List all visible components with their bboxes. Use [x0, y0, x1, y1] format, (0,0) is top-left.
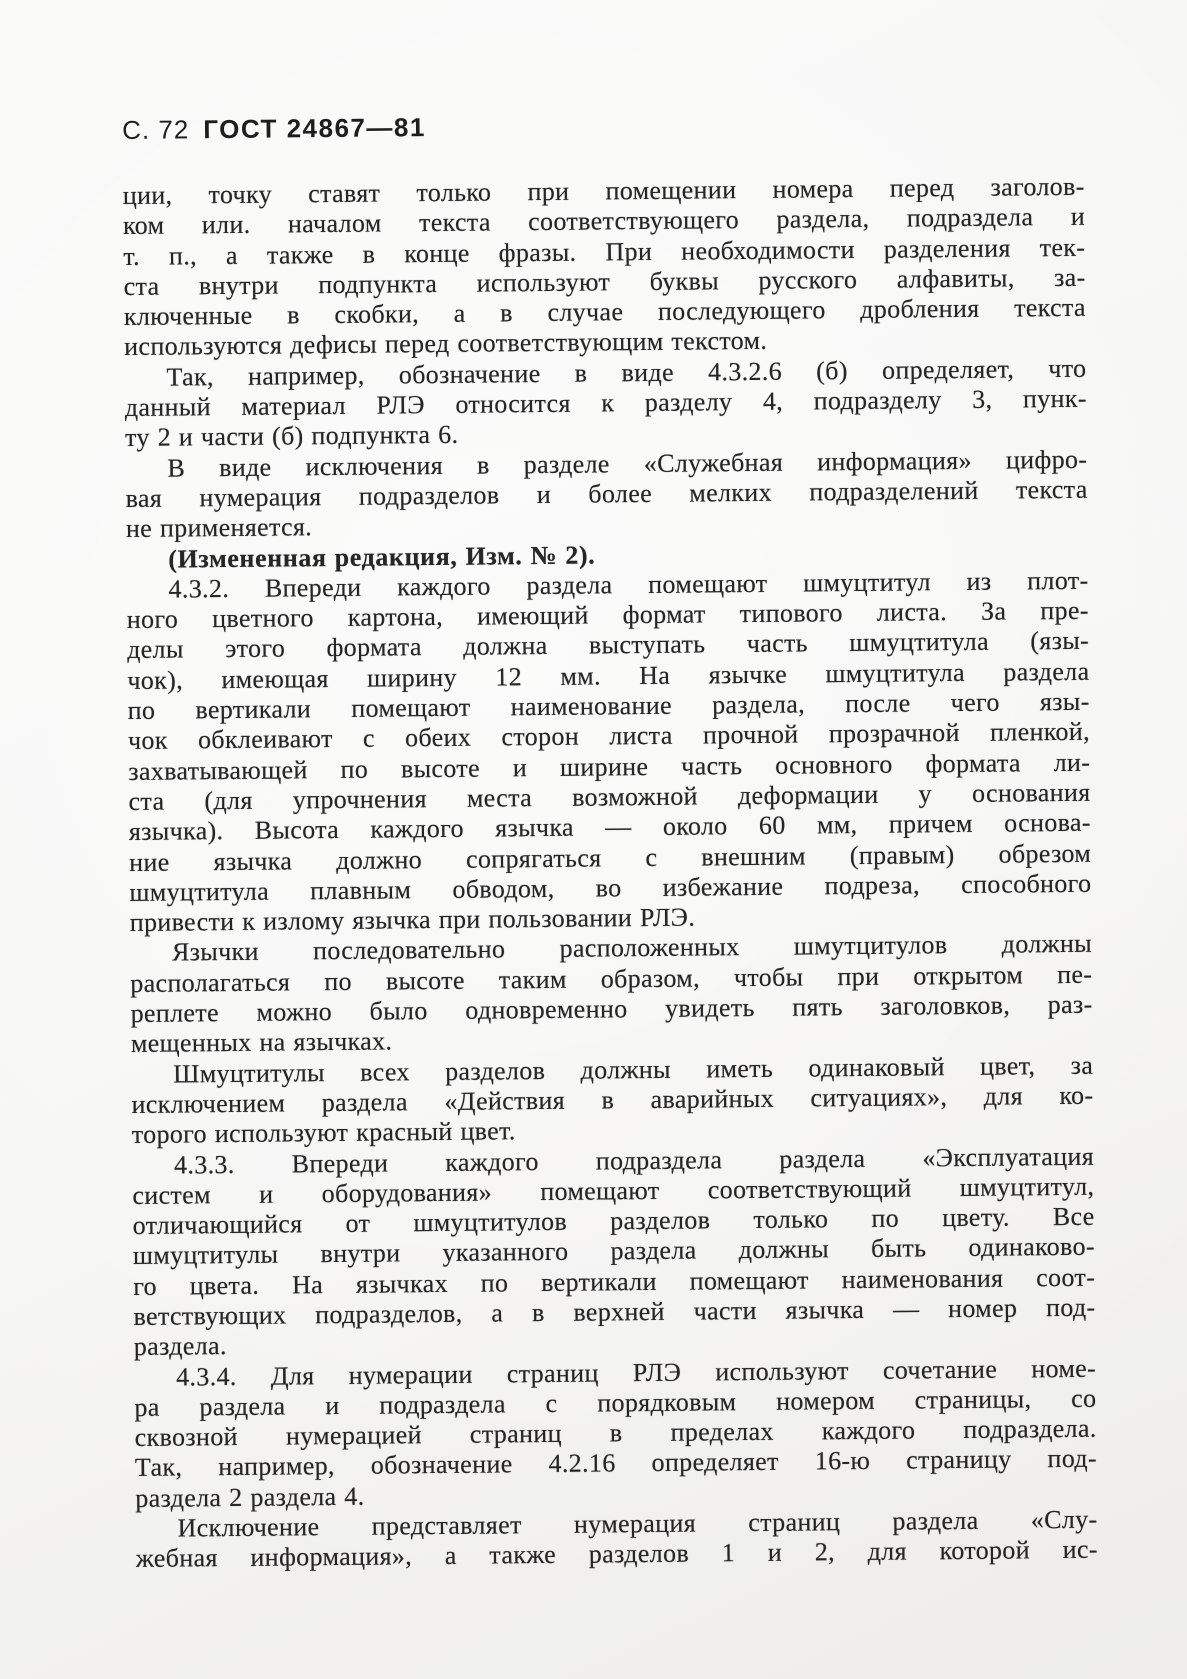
page-header: С. 72ГОСТ 24867—81	[122, 107, 1084, 144]
document-page: С. 72ГОСТ 24867—81 ции, точку ставят тол…	[0, 0, 1187, 1679]
page-number: С. 72	[122, 114, 189, 145]
document-body: ции, точку ставят только при помещении н…	[123, 172, 1098, 1575]
scanned-page-content: С. 72ГОСТ 24867—81 ции, точку ставят тол…	[122, 107, 1098, 1575]
document-code: ГОСТ 24867—81	[203, 112, 426, 144]
